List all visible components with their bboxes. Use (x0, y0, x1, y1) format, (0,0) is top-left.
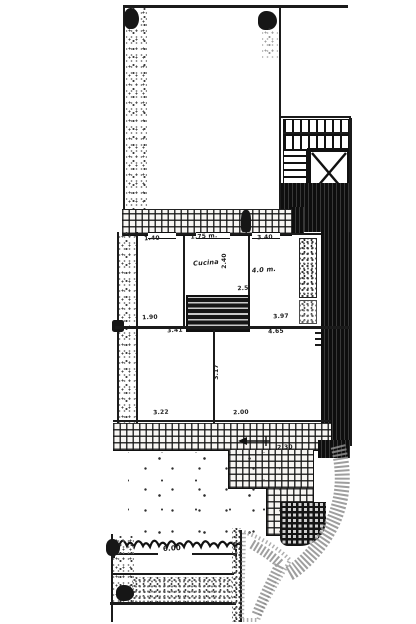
room-label-kitchen: Cucina (193, 259, 219, 267)
dimension-line-right-segment (192, 553, 236, 555)
middle-dividing-wall (115, 326, 352, 329)
upper-left-boundary-wall-texture (126, 8, 147, 212)
garden-stipple-area (128, 452, 280, 536)
hatched-wall-stub (299, 300, 317, 324)
corner-blob (106, 539, 120, 556)
room-label-right: 4.0 m. (252, 266, 277, 274)
dim-label: 1.90 (142, 315, 158, 322)
dim-label: 2.00 (233, 410, 249, 417)
terrace-hatch-band (113, 423, 331, 451)
terrace-top-edge (113, 420, 331, 422)
bottom-right-wall-line (240, 530, 242, 622)
hatched-interior-wall (299, 238, 317, 298)
dim-label: 2.40 (222, 253, 228, 269)
upper-left-boundary-line (123, 5, 125, 213)
dim-label: 2.30 (277, 445, 293, 452)
dim-label: 3.22 (153, 410, 169, 417)
partition-wall-kitchen-left (183, 236, 185, 328)
floor-plan-canvas: 1.40 1.75 m. 3.40 Cucina 2.40 4.0 m. 2.5… (0, 0, 416, 624)
right-wall-end-block (318, 440, 350, 458)
dim-label: 3.17 (214, 364, 220, 380)
dim-label: 1.40 (144, 236, 160, 243)
balcony-post-mark (241, 210, 251, 232)
side-stair-treads (283, 150, 307, 186)
stair-landing-divider (283, 132, 348, 134)
dim-label: 4.65 (268, 329, 284, 336)
dim-label: 3.40 (257, 235, 273, 242)
wall-texture-patch (262, 28, 278, 58)
bottom-band-top-line (112, 573, 234, 575)
bottom-speckle-band (132, 577, 232, 602)
balcony-end-wall (292, 207, 304, 233)
dim-label: 3.97 (273, 314, 289, 321)
dark-grid-patch (280, 502, 326, 546)
right-poche-wall (321, 232, 350, 445)
planting-blob (116, 585, 134, 601)
direction-arrow-icon (234, 434, 274, 448)
partition-wall-kitchen-right (248, 236, 250, 302)
dim-label: 1.75 m. (190, 233, 217, 240)
top-boundary-wall (124, 5, 348, 8)
bottom-band-bottom-line (110, 602, 236, 605)
garden-width-label: 6.00 (163, 545, 181, 553)
stair-core-top-wall (281, 116, 351, 118)
wall-junction-blob (124, 8, 139, 29)
dim-label: 3.41 (167, 328, 183, 335)
stair-note-label: 2.5 (237, 286, 249, 293)
